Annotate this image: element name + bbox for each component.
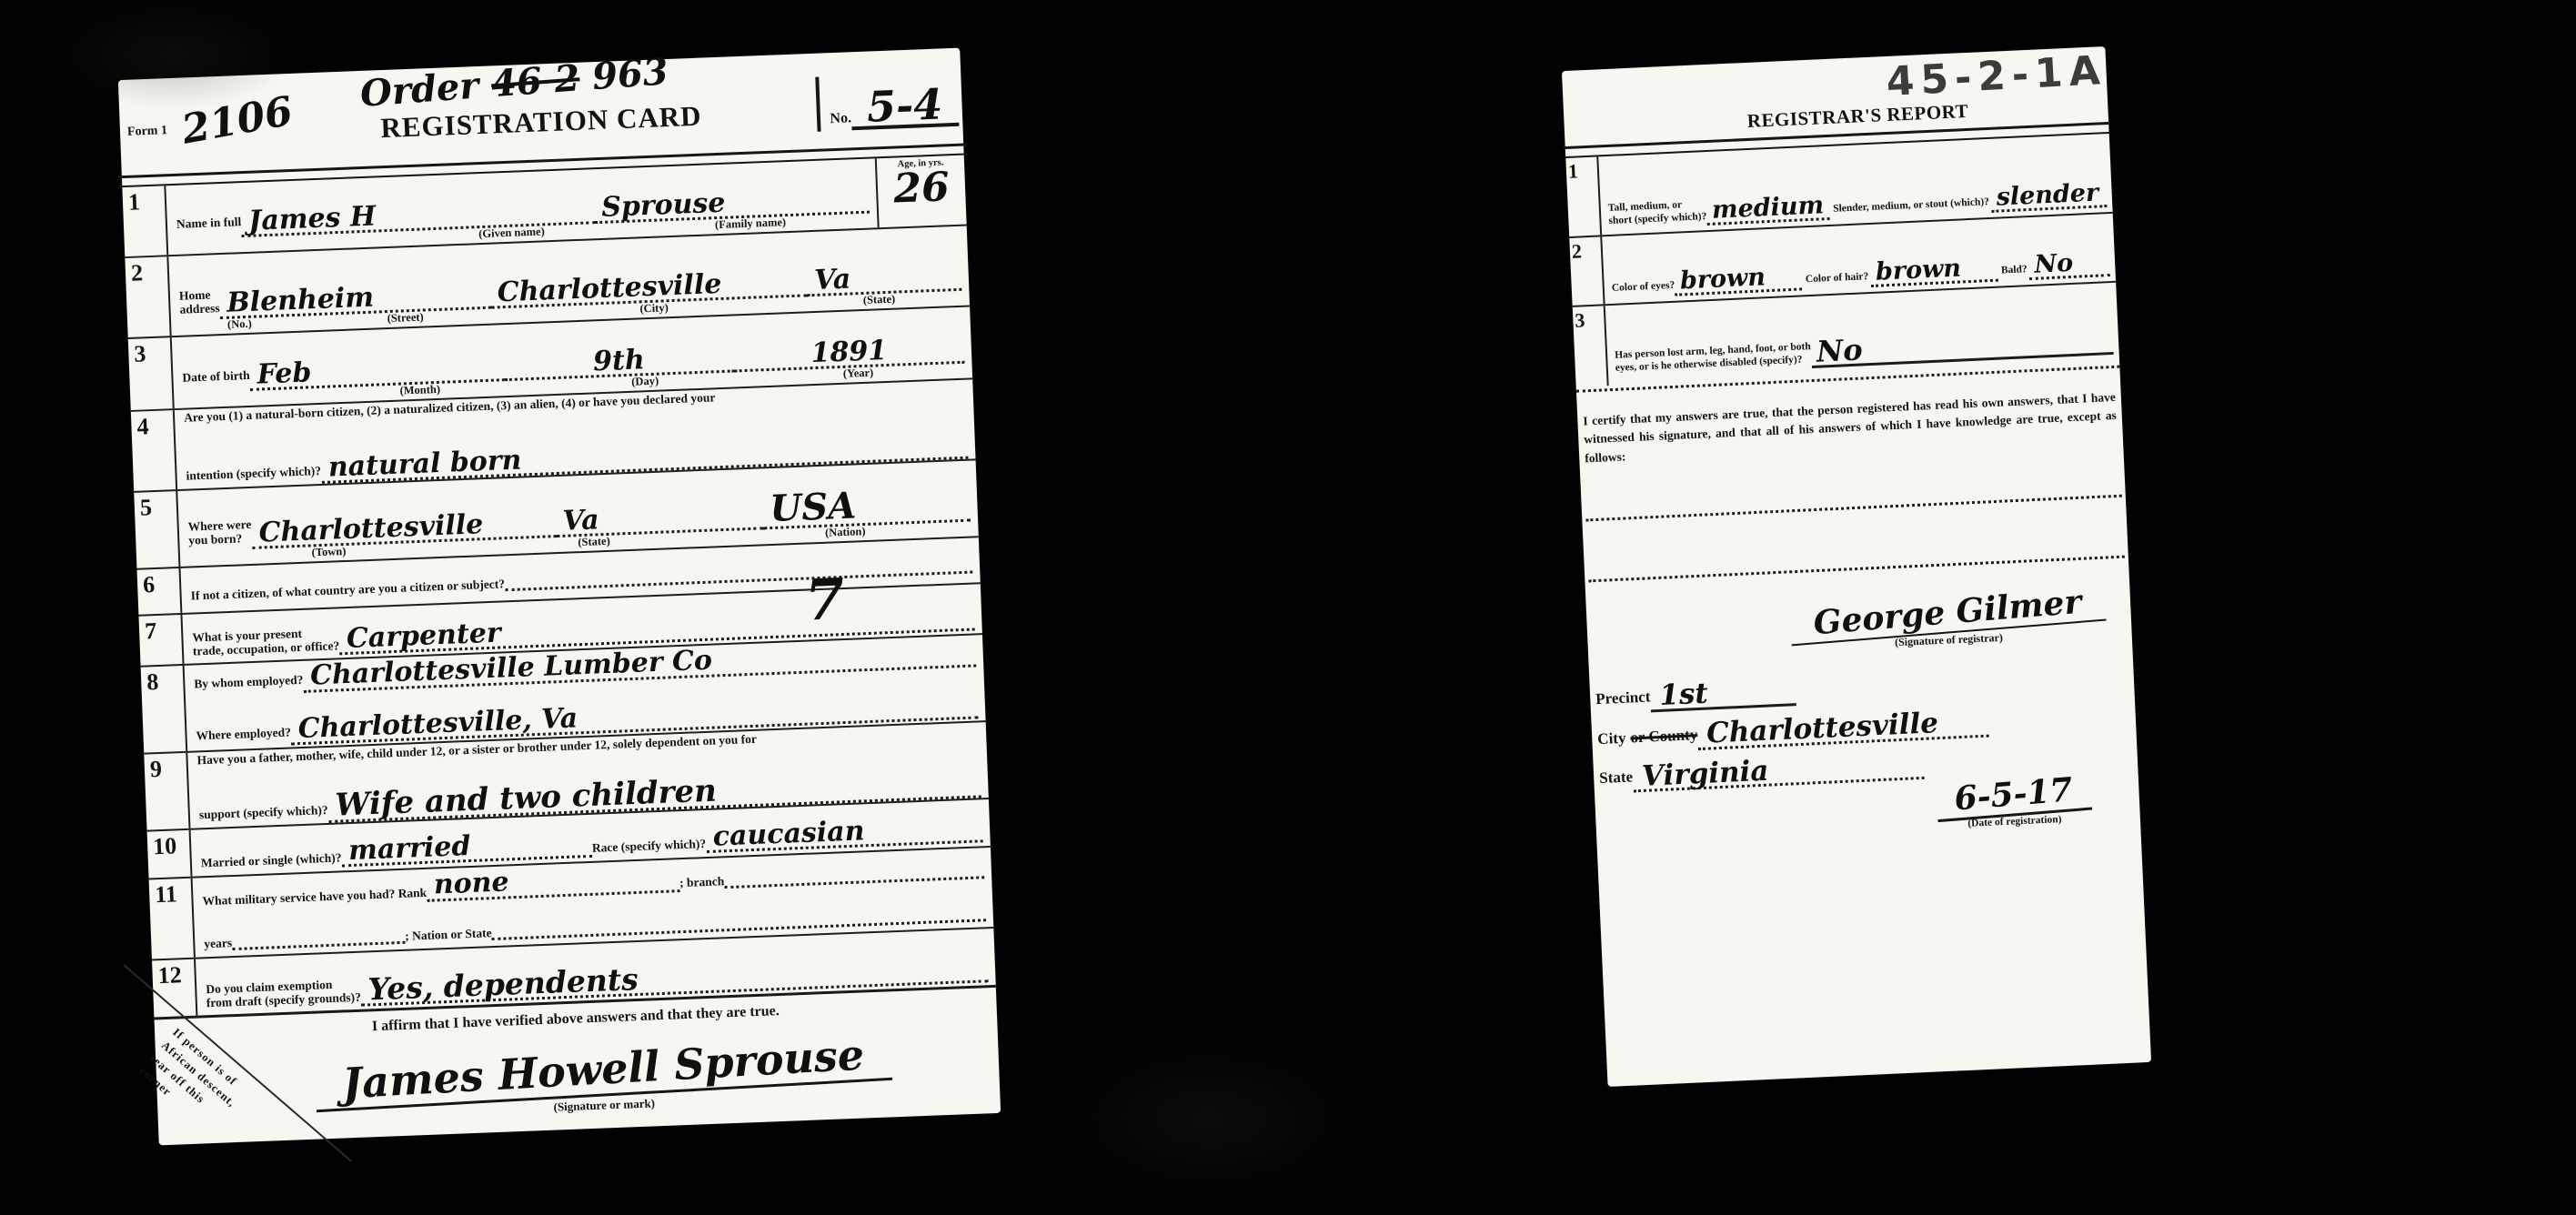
city-value: Charlottesville — [1697, 708, 1989, 749]
hair-label: Color of hair? — [1802, 271, 1871, 288]
registrant-signature-block: James Howell Sprouse (Signature or mark) — [290, 1032, 916, 1124]
registrar-signature-block: George Gilmer (Signature of registrar) — [1773, 586, 2123, 655]
order-note-struck-value: 46 2 — [490, 56, 582, 105]
military-rank-answer: none — [426, 863, 679, 901]
registration-card-footer: I affirm that I have verified above answ… — [155, 988, 1002, 1180]
row-number: 7 — [138, 615, 184, 666]
citizenship-question-line2: intention (specify which)? — [186, 464, 321, 487]
city-label: City — [1597, 728, 1626, 751]
bald-answer: No — [2028, 250, 2110, 280]
row-number: 6 — [137, 568, 183, 615]
row-number: 4 — [131, 410, 177, 491]
stray-handwritten-mark: 7 — [804, 566, 846, 634]
card-number-block: No. 5-4 — [816, 72, 960, 132]
row-number: 1 — [122, 186, 168, 256]
precinct-value: 1st — [1650, 678, 1796, 712]
disability-label: Has person lost arm, leg, hand, foot, or… — [1615, 341, 1812, 375]
age-box: Age, in yrs. 26 — [875, 156, 967, 228]
order-note-value: 963 — [591, 50, 670, 98]
bald-label: Bald? — [1997, 264, 2029, 279]
dotted-line — [724, 863, 984, 889]
occupation-label: What is your present trade, occupation, … — [192, 627, 339, 659]
state-label: State — [1599, 768, 1634, 792]
race-answer: caucasian — [705, 814, 982, 853]
city-struck-label: or County — [1625, 726, 1698, 751]
build-label: Slender, medium, or stout (which)? — [1829, 196, 1991, 218]
card-number-label: No. — [830, 110, 851, 131]
precinct-label: Precinct — [1595, 688, 1651, 712]
form-number-label: Form 1 — [127, 124, 168, 140]
married-answer: married — [341, 828, 593, 867]
registrars-report-rows: 1 Tall, medium, or short (specify which)… — [1565, 134, 2119, 387]
military-nation-label: ; Nation or State — [405, 927, 492, 944]
height-label-line2: short (specify which)? — [1608, 211, 1706, 226]
military-branch-label: ; branch — [679, 874, 725, 889]
date-of-birth-label: Date of birth — [182, 369, 250, 392]
registration-card-rows: 1 Name in full James H Sprouse (Given na… — [122, 156, 995, 1020]
row-number: 5 — [134, 491, 180, 568]
eyes-answer: brown — [1674, 265, 1802, 296]
scanned-document-page: { "page": { "background": "#020202" }, "… — [0, 0, 2576, 1215]
home-label-line1: Home — [179, 288, 211, 303]
where-born-label: Where were you born? — [188, 518, 253, 549]
race-label: Race (specify which)? — [592, 838, 707, 856]
row-number: 3 — [128, 337, 175, 410]
height-label: Tall, medium, or short (specify which)? — [1608, 198, 1707, 227]
exemption-label: Do you claim exemption from draft (speci… — [206, 978, 361, 1010]
build-answer: slender — [1990, 181, 2107, 212]
employment-place-label: Where employed? — [196, 726, 291, 748]
registration-card: Order 46 2 963 Form 1 2106 REGISTRATION … — [118, 48, 1001, 1146]
home-label-line2: address — [179, 301, 220, 316]
dependents-label: support (specify which)? — [199, 803, 328, 826]
registrars-report-bottom: Precinct 1st City or County Charlottesvi… — [1590, 662, 2146, 959]
blank-answer-line — [1588, 551, 2125, 582]
row-number: 8 — [141, 666, 188, 753]
serial-number-handwritten: 2106 — [178, 88, 297, 154]
dotted-line — [232, 929, 406, 950]
disability-answer: No — [1810, 325, 2113, 368]
row-number: 2 — [125, 256, 171, 337]
registration-date-block: 6-5-17 (Date of registration) — [1895, 769, 2133, 832]
married-label: Married or single (which)? — [201, 851, 342, 870]
hair-answer: brown — [1869, 256, 1997, 287]
row-number: 2 — [1569, 236, 1605, 306]
state-value: Virginia — [1632, 751, 1924, 792]
foreign-citizen-question: If not a citizen, of what country are yo… — [190, 577, 505, 604]
name-label: Name in full — [176, 216, 242, 238]
where-born-label-line2: you born? — [188, 532, 242, 547]
row-number: 1 — [1565, 156, 1602, 236]
blank-answer-line — [1585, 490, 2122, 521]
row-number: 11 — [149, 879, 196, 959]
home-address-label: Home address — [179, 288, 220, 318]
home-no-sublabel: (No.) — [180, 316, 299, 334]
order-note-prefix: Order — [359, 64, 481, 115]
height-answer: medium — [1706, 194, 1829, 226]
military-years-label: years — [204, 937, 232, 952]
employer-label: By whom employed? — [194, 673, 304, 695]
certification-text: I certify that my answers are true, that… — [1583, 388, 2118, 467]
card-number-value: 5-4 — [850, 85, 960, 130]
age-value: 26 — [893, 167, 951, 209]
stamp-number: 45-2-1A — [1885, 47, 2107, 105]
row-number: 9 — [144, 753, 190, 830]
registrars-report-card: 45-2-1A REGISTRAR'S REPORT 1 Tall, mediu… — [1562, 46, 2151, 1087]
where-born-label-line1: Where were — [187, 517, 251, 534]
row-number: 10 — [147, 830, 193, 879]
row-number: 3 — [1573, 306, 1609, 387]
african-descent-corner-note: If person is of African descent, tear of… — [136, 1024, 251, 1137]
report-title: REGISTRAR'S REPORT — [1746, 100, 1968, 133]
scan-smudge — [1073, 1046, 1346, 1191]
eyes-label: Color of eyes? — [1612, 280, 1675, 297]
vertical-divider — [816, 77, 821, 132]
military-rank-label: What military service have you had? Rank — [202, 886, 427, 909]
precinct-field: Precinct 1st — [1590, 662, 2135, 712]
